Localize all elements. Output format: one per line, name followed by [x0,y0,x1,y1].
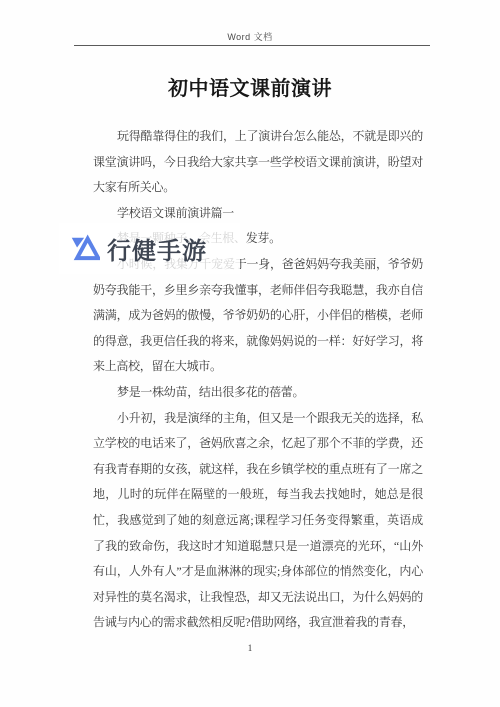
document-page: Word 文档 初中语文课前演讲 玩得酷靠得住的我们，上了演讲台怎么能怂，不就是… [0,0,500,707]
paragraph: 梦是一株幼苗，结出很多花的蓓蕾。 [93,380,423,406]
header-divider [74,45,430,46]
doc-type-label: Word 文档 [0,30,500,43]
paragraph: 小升初，我是演绎的主角，但又是一个跟我无关的选择，私立学校的电话来了，爸妈欣喜之… [93,406,423,636]
page-title: 初中语文课前演讲 [0,72,500,101]
watermark-brand-text: 行健手游 [107,231,207,266]
triangle-logo-icon [70,234,100,266]
page-number: 1 [0,643,500,653]
paragraph: 玩得酷靠得住的我们，上了演讲台怎么能怂，不就是即兴的课堂演讲吗，今日我给大家共享… [93,124,423,201]
document-body: 玩得酷靠得住的我们，上了演讲台怎么能怂，不就是即兴的课堂演讲吗，今日我给大家共享… [93,124,423,636]
watermark: 行健手游 [59,223,240,274]
